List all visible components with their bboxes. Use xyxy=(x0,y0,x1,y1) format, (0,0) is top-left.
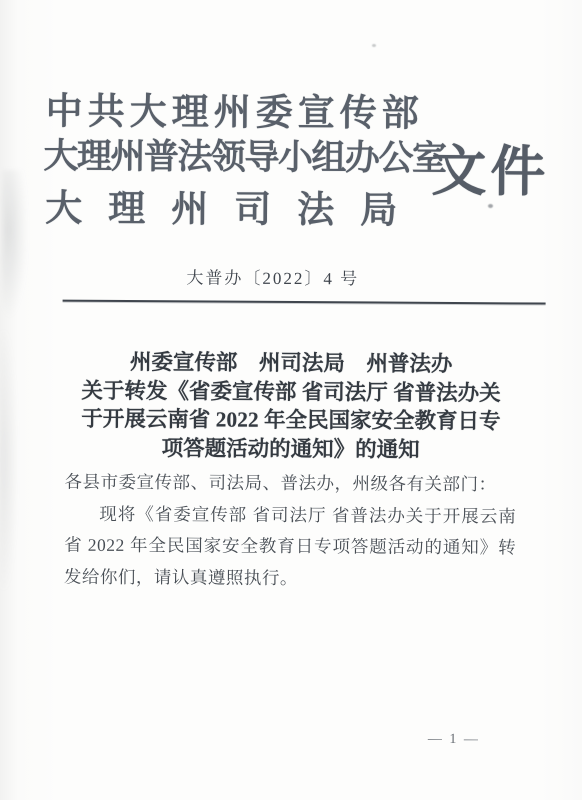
document-content: 中共大理州委宣传部 大理州普法领导小组办公室 大理州司法局 文件 大普办〔202… xyxy=(0,0,582,800)
issuing-org-line-3: 大理州司法局 xyxy=(45,177,423,233)
document-mark-label: 文件 xyxy=(431,127,549,207)
scanned-document-page: 中共大理州委宣传部 大理州普法领导小组办公室 大理州司法局 文件 大普办〔202… xyxy=(0,0,582,800)
document-title: 州委宣传部 州司法局 州普法办 关于转发《省委宣传部 省司法厅 省普法办关 于开… xyxy=(0,347,582,465)
document-number: 大普办〔2022〕4 号 xyxy=(0,262,564,291)
title-line: 于开展云南省 2022 年全民国家安全教育日专 xyxy=(0,404,582,436)
title-line: 州委宣传部 州司法局 州普法办 xyxy=(0,347,582,379)
document-letterhead: 中共大理州委宣传部 大理州普法领导小组办公室 大理州司法局 文件 xyxy=(44,80,564,83)
document-body: 各县市委宣传部、司法局、普法办，州级各有关部门： 现将《省委宣传部 省司法厅 省… xyxy=(64,467,517,596)
page-number: — 1 — xyxy=(428,732,480,748)
title-line: 项答题活动的通知》的通知 xyxy=(0,433,582,465)
title-line: 关于转发《省委宣传部 省司法厅 省普法办关 xyxy=(0,376,582,408)
body-salutation: 各县市委宣传部、司法局、普法办，州级各有关部门： xyxy=(64,467,516,501)
divider-rule xyxy=(63,300,546,305)
issuing-org-line-2: 大理州普法领导小组办公室 xyxy=(43,128,445,180)
body-paragraph: 现将《省委宣传部 省司法厅 省普法办关于开展云南省 2022 年全民国家安全教育… xyxy=(64,498,517,595)
